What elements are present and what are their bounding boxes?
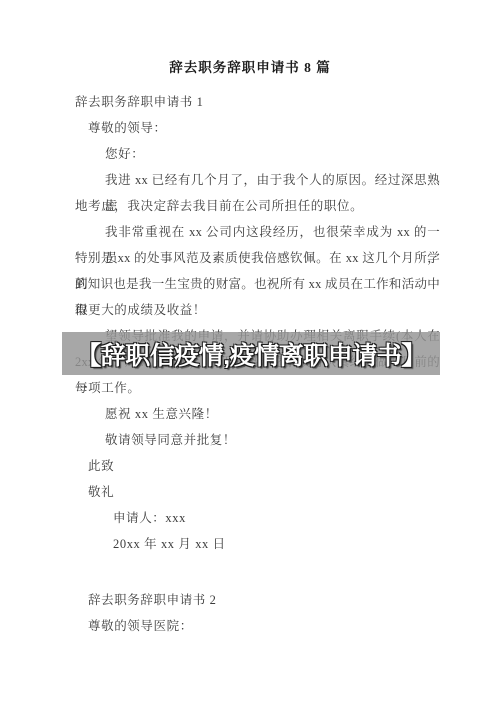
document-line: 我非常重视在 xx 公司内这段经历，也很荣幸成为 xx 的一员，	[75, 219, 440, 245]
document-line: 愿祝 xx 生意兴隆！	[75, 401, 440, 427]
document-line: 尊敬的领导：	[75, 115, 440, 141]
document-line: 20xx 年 xx 月 xx 日	[75, 531, 440, 557]
document-line: 辞去职务辞职申请书 2	[75, 587, 440, 613]
document-line: 2xx 年 x 月 x 日离职)。在正式离开之前我将认真继续做好目前的每	[75, 349, 440, 375]
document-line: 您好：	[75, 141, 440, 167]
document-line: 望领导批准我的申请，并请协助办理相关离职手续(本人在	[75, 323, 440, 349]
document-line: 特别是 xx 的处事风范及素质使我倍感钦佩。在 xx 这几个月所学到	[75, 245, 440, 271]
document-line: 敬礼	[75, 479, 440, 505]
document-line: 辞去职务辞职申请书 1	[75, 89, 440, 115]
document-line: 敬请领导同意并批复！	[75, 427, 440, 453]
document-body: 辞去职务辞职申请书 1尊敬的领导：您好：我进 xx 已经有几个月了，由于我个人的…	[75, 89, 440, 639]
document-line: 地考虑，我决定辞去我目前在公司所担任的职位。	[75, 193, 440, 219]
document-title: 辞去职务辞职申请书 8 篇	[0, 0, 500, 78]
document-line: 我进 xx 已经有几个月了，由于我个人的原因。经过深思熟虑	[75, 167, 440, 193]
document-line: 得更大的成绩及收益！	[75, 297, 440, 323]
blank-line	[75, 557, 440, 587]
document-line: 此致	[75, 453, 440, 479]
document-page: 辞去职务辞职申请书 8 篇 辞去职务辞职申请书 1尊敬的领导：您好：我进 xx …	[0, 0, 500, 706]
document-line: 一项工作。	[75, 375, 440, 401]
document-line: 申请人：xxx	[75, 505, 440, 531]
document-line: 尊敬的领导医院：	[75, 613, 440, 639]
document-line: 的知识也是我一生宝贵的财富。也祝所有 xx 成员在工作和活动中取	[75, 271, 440, 297]
